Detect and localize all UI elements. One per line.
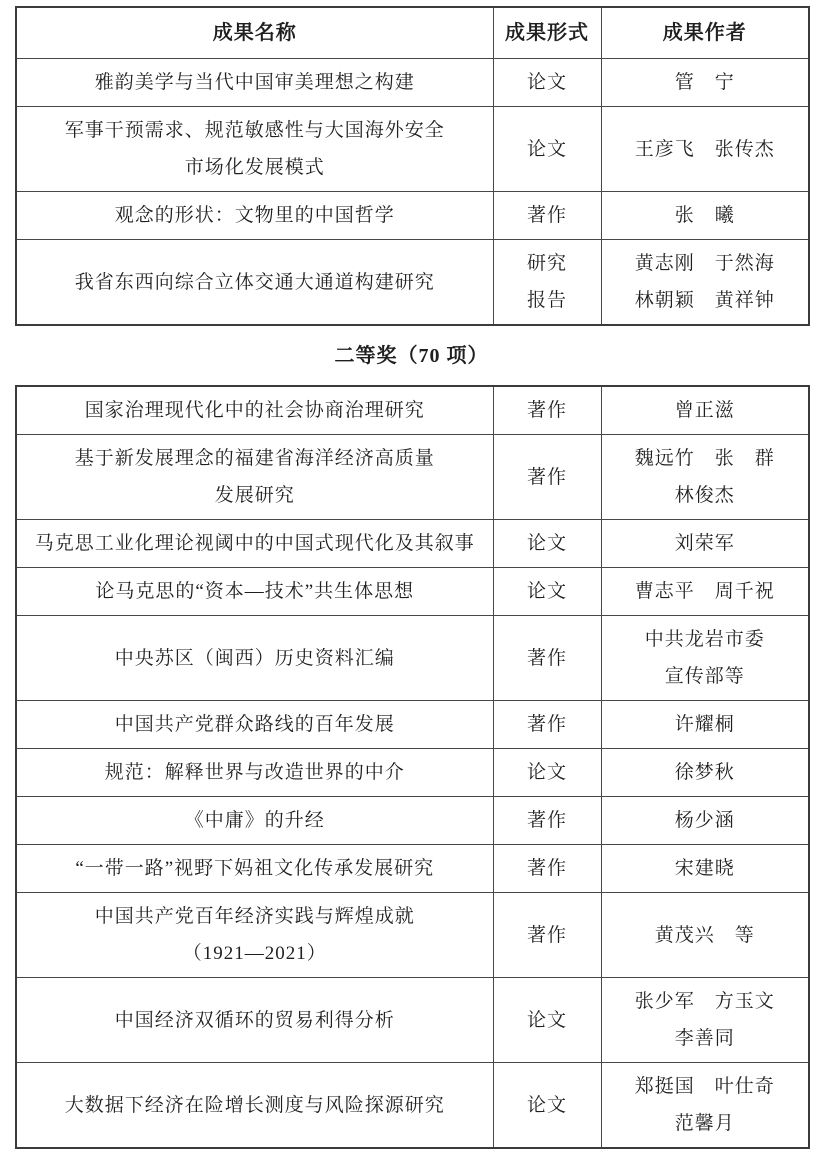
achievement-form-cell: 论文 bbox=[493, 749, 601, 797]
achievement-name-cell: 国家治理现代化中的社会协商治理研究 bbox=[16, 386, 493, 435]
table-row: 国家治理现代化中的社会协商治理研究 著作 曾正滋 bbox=[16, 386, 809, 435]
table-row: 中国共产党百年经济实践与辉煌成就 （1921—2021） 著作 黄茂兴 等 bbox=[16, 893, 809, 978]
table-row: 规范：解释世界与改造世界的中介 论文 徐梦秋 bbox=[16, 749, 809, 797]
table-row: 观念的形状：文物里的中国哲学 著作 张 曦 bbox=[16, 192, 809, 240]
achievement-author-cell: 宋建晓 bbox=[601, 845, 809, 893]
achievement-form-cell: 研究 报告 bbox=[493, 240, 601, 326]
achievement-form-cell: 论文 bbox=[493, 978, 601, 1063]
table-row: 中国共产党群众路线的百年发展 著作 许耀桐 bbox=[16, 701, 809, 749]
table-row: 论马克思的“资本—技术”共生体思想 论文 曹志平 周千祝 bbox=[16, 568, 809, 616]
achievement-name-cell: 观念的形状：文物里的中国哲学 bbox=[16, 192, 493, 240]
achievement-name-cell: 《中庸》的升经 bbox=[16, 797, 493, 845]
achievement-author-cell: 杨少涵 bbox=[601, 797, 809, 845]
achievement-author-cell: 王彦飞 张传杰 bbox=[601, 107, 809, 192]
achievement-author-cell: 徐梦秋 bbox=[601, 749, 809, 797]
achievement-form-cell: 著作 bbox=[493, 797, 601, 845]
achievement-name-cell: 规范：解释世界与改造世界的中介 bbox=[16, 749, 493, 797]
table-row: 我省东西向综合立体交通大通道构建研究 研究 报告 黄志刚 于然海 林朝颖 黄祥钟 bbox=[16, 240, 809, 326]
table-row: 军事干预需求、规范敏感性与大国海外安全 市场化发展模式 论文 王彦飞 张传杰 bbox=[16, 107, 809, 192]
achievement-author-cell: 曹志平 周千祝 bbox=[601, 568, 809, 616]
achievement-author-cell: 张少军 方玉文 李善同 bbox=[601, 978, 809, 1063]
col-header-name: 成果名称 bbox=[16, 7, 493, 59]
table-row: 中央苏区（闽西）历史资料汇编 著作 中共龙岩市委 宣传部等 bbox=[16, 616, 809, 701]
section-heading: 二等奖（70 项） bbox=[15, 342, 808, 370]
achievement-name-cell: 我省东西向综合立体交通大通道构建研究 bbox=[16, 240, 493, 326]
achievement-form-cell: 论文 bbox=[493, 568, 601, 616]
achievement-form-cell: 著作 bbox=[493, 435, 601, 520]
table-header-row: 成果名称 成果形式 成果作者 bbox=[16, 7, 809, 59]
achievement-form-cell: 论文 bbox=[493, 1063, 601, 1149]
achievement-form-cell: 著作 bbox=[493, 701, 601, 749]
achievement-form-cell: 著作 bbox=[493, 845, 601, 893]
second-prize-table: 国家治理现代化中的社会协商治理研究 著作 曾正滋 基于新发展理念的福建省海洋经济… bbox=[15, 385, 810, 1149]
achievement-name-cell: 中国经济双循环的贸易利得分析 bbox=[16, 978, 493, 1063]
achievement-form-cell: 论文 bbox=[493, 59, 601, 107]
table-row: “一带一路”视野下妈祖文化传承发展研究 著作 宋建晓 bbox=[16, 845, 809, 893]
achievement-name-cell: 论马克思的“资本—技术”共生体思想 bbox=[16, 568, 493, 616]
achievement-author-cell: 许耀桐 bbox=[601, 701, 809, 749]
achievement-author-cell: 张 曦 bbox=[601, 192, 809, 240]
first-prize-table: 成果名称 成果形式 成果作者 雅韵美学与当代中国审美理想之构建 论文 管 宁 军… bbox=[15, 6, 810, 326]
achievement-author-cell: 魏远竹 张 群 林俊杰 bbox=[601, 435, 809, 520]
table-row: 《中庸》的升经 著作 杨少涵 bbox=[16, 797, 809, 845]
col-header-author: 成果作者 bbox=[601, 7, 809, 59]
table-row: 雅韵美学与当代中国审美理想之构建 论文 管 宁 bbox=[16, 59, 809, 107]
achievement-name-cell: 基于新发展理念的福建省海洋经济高质量 发展研究 bbox=[16, 435, 493, 520]
table-row: 基于新发展理念的福建省海洋经济高质量 发展研究 著作 魏远竹 张 群 林俊杰 bbox=[16, 435, 809, 520]
table-row: 中国经济双循环的贸易利得分析 论文 张少军 方玉文 李善同 bbox=[16, 978, 809, 1063]
achievement-author-cell: 黄茂兴 等 bbox=[601, 893, 809, 978]
achievement-form-cell: 论文 bbox=[493, 520, 601, 568]
achievement-form-cell: 论文 bbox=[493, 107, 601, 192]
achievement-name-cell: 马克思工业化理论视阈中的中国式现代化及其叙事 bbox=[16, 520, 493, 568]
achievement-name-cell: 中国共产党群众路线的百年发展 bbox=[16, 701, 493, 749]
table-row: 马克思工业化理论视阈中的中国式现代化及其叙事 论文 刘荣军 bbox=[16, 520, 809, 568]
achievement-name-cell: 中国共产党百年经济实践与辉煌成就 （1921—2021） bbox=[16, 893, 493, 978]
achievement-author-cell: 郑挺国 叶仕奇 范馨月 bbox=[601, 1063, 809, 1149]
achievement-name-cell: 雅韵美学与当代中国审美理想之构建 bbox=[16, 59, 493, 107]
table-row: 大数据下经济在险增长测度与风险探源研究 论文 郑挺国 叶仕奇 范馨月 bbox=[16, 1063, 809, 1149]
achievement-form-cell: 著作 bbox=[493, 192, 601, 240]
achievement-form-cell: 著作 bbox=[493, 616, 601, 701]
document-page: 成果名称 成果形式 成果作者 雅韵美学与当代中国审美理想之构建 论文 管 宁 军… bbox=[0, 0, 822, 1167]
achievement-author-cell: 管 宁 bbox=[601, 59, 809, 107]
achievement-name-cell: “一带一路”视野下妈祖文化传承发展研究 bbox=[16, 845, 493, 893]
achievement-author-cell: 曾正滋 bbox=[601, 386, 809, 435]
achievement-author-cell: 中共龙岩市委 宣传部等 bbox=[601, 616, 809, 701]
achievement-name-cell: 大数据下经济在险增长测度与风险探源研究 bbox=[16, 1063, 493, 1149]
achievement-name-cell: 军事干预需求、规范敏感性与大国海外安全 市场化发展模式 bbox=[16, 107, 493, 192]
achievement-author-cell: 刘荣军 bbox=[601, 520, 809, 568]
achievement-form-cell: 著作 bbox=[493, 386, 601, 435]
achievement-form-cell: 著作 bbox=[493, 893, 601, 978]
col-header-form: 成果形式 bbox=[493, 7, 601, 59]
achievement-name-cell: 中央苏区（闽西）历史资料汇编 bbox=[16, 616, 493, 701]
achievement-author-cell: 黄志刚 于然海 林朝颖 黄祥钟 bbox=[601, 240, 809, 326]
